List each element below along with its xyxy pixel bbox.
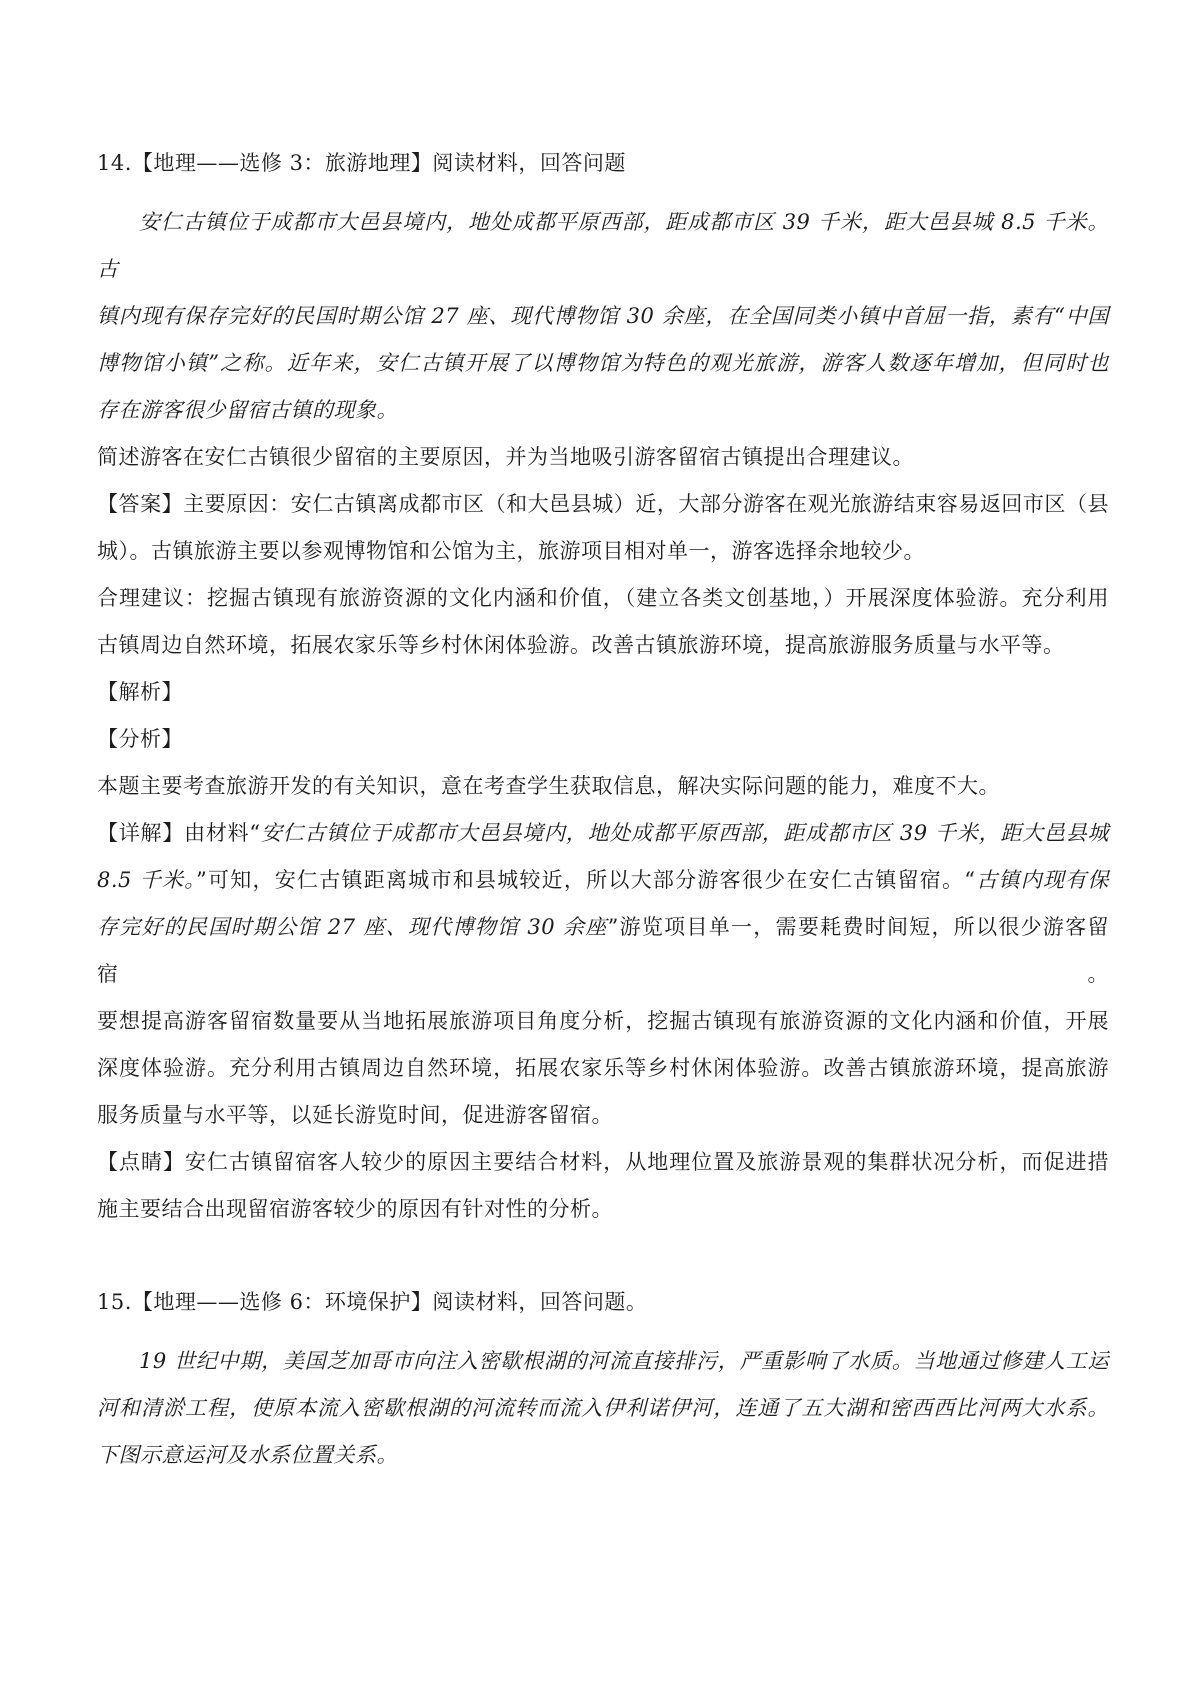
answer-line: 合理建议：挖掘古镇现有旅游资源的文化内涵和价值，（建立各类文创基地，）开展深度体… xyxy=(97,575,1109,622)
text-run: 镇内现有保存完好的民国时期公馆 27 座、现代博物馆 30 余座，在全国同类小镇… xyxy=(97,304,1109,328)
text-run: 城）。古镇旅游主要以参观博物馆和公馆为主，旅游项目相对单一，游客选择余地较少。 xyxy=(97,539,925,563)
text-run: 【解析】 xyxy=(97,680,183,704)
detail-line: 8.5 千米。”可知，安仁古镇距离城市和县城较近，所以大部分游客很少在安仁古镇留… xyxy=(97,857,1109,904)
material-line: 镇内现有保存完好的民国时期公馆 27 座、现代博物馆 30 余座，在全国同类小镇… xyxy=(97,293,1109,340)
text-run: 【分析】 xyxy=(97,727,183,751)
jiexi-label: 【解析】 xyxy=(97,669,1109,716)
material-line: 下图示意运河及水系位置关系。 xyxy=(97,1432,1109,1479)
dianjing-line: 施主要结合出现留宿游客较少的原因有针对性的分析。 xyxy=(97,1186,1109,1233)
text-run: 19 世纪中期，美国芝加哥市向注入密歇根湖的河流直接排污，严重影响了水质。当地通… xyxy=(139,1349,1109,1373)
text-run: 服务质量与水平等，以延长游览时间，促进游客留宿。 xyxy=(97,1103,613,1127)
text-run: 施主要结合出现留宿游客较少的原因有针对性的分析。 xyxy=(97,1197,613,1221)
material-line: 19 世纪中期，美国芝加哥市向注入密歇根湖的河流直接排污，严重影响了水质。当地通… xyxy=(97,1338,1109,1385)
text-run: 8.5 千米。 xyxy=(97,868,196,892)
text-run: 安仁古镇位于成都市大邑县境内，地处成都平原西部，距成都市区 39 千米，距大邑县… xyxy=(261,821,1109,845)
material-line: 博物馆小镇”之称。近年来，安仁古镇开展了以博物馆为特色的观光旅游，游客人数逐年增… xyxy=(97,340,1109,387)
text-run: 古镇内现有保 xyxy=(976,868,1109,892)
dianjing-line: 【点睛】安仁古镇留宿客人较少的原因主要结合材料，从地理位置及旅游景观的集群状况分… xyxy=(97,1139,1109,1186)
text-run: 【点睛】安仁古镇留宿客人较少的原因主要结合材料，从地理位置及旅游景观的集群状况分… xyxy=(97,1150,1109,1174)
text-run: 【详解】由材料“ xyxy=(97,821,261,845)
question-14-heading: 14.【地理——选修 3：旅游地理】阅读材料，回答问题 xyxy=(97,140,1109,187)
detail-line: 存完好的民国时期公馆 27 座、现代博物馆 30 余座”游览项目单一，需要耗费时… xyxy=(97,904,1109,998)
text-run: 安仁古镇位于成都市大邑县境内，地处成都平原西部，距成都市区 39 千米，距大邑县… xyxy=(97,210,1109,281)
question-line: 简述游客在安仁古镇很少留宿的主要原因，并为当地吸引游客留宿古镇提出合理建议。 xyxy=(97,434,1109,481)
text-run: 本题主要考查旅游开发的有关知识，意在考查学生获取信息，解决实际问题的能力，难度不… xyxy=(97,774,1000,798)
text-run: 存完好的民国时期公馆 27 座、现代博物馆 30 余座 xyxy=(97,915,608,939)
text-run: 河和清淤工程，使原本流入密歇根湖的河流转而流入伊利诺伊河，连通了五大湖和密西西比… xyxy=(97,1396,1109,1420)
material-line: 存在游客很少留宿古镇的现象。 xyxy=(97,387,1109,434)
text-run: 14.【地理——选修 3：旅游地理】阅读材料，回答问题 xyxy=(97,151,626,175)
text-run: 合理建议：挖掘古镇现有旅游资源的文化内涵和价值，（建立各类文创基地，）开展深度体… xyxy=(97,586,1109,610)
document-content: 14.【地理——选修 3：旅游地理】阅读材料，回答问题安仁古镇位于成都市大邑县境… xyxy=(97,140,1109,1479)
analysis-line: 本题主要考查旅游开发的有关知识，意在考查学生获取信息，解决实际问题的能力，难度不… xyxy=(97,763,1109,810)
detail-line: 服务质量与水平等，以延长游览时间，促进游客留宿。 xyxy=(97,1092,1109,1139)
text-run: 博物馆小镇”之称。近年来，安仁古镇开展了以博物馆为特色的观光旅游，游客人数逐年增… xyxy=(97,351,1109,375)
question-15-heading: 15.【地理——选修 6：环境保护】阅读材料，回答问题。 xyxy=(97,1279,1109,1326)
detail-line: 要想提高游客留宿数量要从当地拓展旅游项目角度分析，挖掘古镇现有旅游资源的文化内涵… xyxy=(97,998,1109,1045)
answer-line: 古镇周边自然环境，拓展农家乐等乡村休闲体验游。改善古镇旅游环境，提高旅游服务质量… xyxy=(97,622,1109,669)
text-run: 15.【地理——选修 6：环境保护】阅读材料，回答问题。 xyxy=(97,1290,647,1314)
text-run: 【答案】主要原因：安仁古镇离成都市区（和大邑县城）近，大部分游客在观光旅游结束容… xyxy=(97,492,1109,516)
material-line: 河和清淤工程，使原本流入密歇根湖的河流转而流入伊利诺伊河，连通了五大湖和密西西比… xyxy=(97,1385,1109,1432)
text-run: 要想提高游客留宿数量要从当地拓展旅游项目角度分析，挖掘古镇现有旅游资源的文化内涵… xyxy=(97,1009,1109,1033)
detail-line: 【详解】由材料“安仁古镇位于成都市大邑县境内，地处成都平原西部，距成都市区 39… xyxy=(97,810,1109,857)
text-run: 深度体验游。充分利用古镇周边自然环境，拓展农家乐等乡村休闲体验游。改善古镇旅游环… xyxy=(97,1056,1109,1080)
text-run: 下图示意运河及水系位置关系。 xyxy=(97,1443,398,1467)
text-run: 存在游客很少留宿古镇的现象。 xyxy=(97,398,398,422)
fenxi-label: 【分析】 xyxy=(97,716,1109,763)
text-run: 古镇周边自然环境，拓展农家乐等乡村休闲体验游。改善古镇旅游环境，提高旅游服务质量… xyxy=(97,633,1065,657)
text-run: 简述游客在安仁古镇很少留宿的主要原因，并为当地吸引游客留宿古镇提出合理建议。 xyxy=(97,445,914,469)
document-page: 14.【地理——选修 3：旅游地理】阅读材料，回答问题安仁古镇位于成都市大邑县境… xyxy=(0,0,1200,1698)
answer-line: 【答案】主要原因：安仁古镇离成都市区（和大邑县城）近，大部分游客在观光旅游结束容… xyxy=(97,481,1109,528)
text-run: ”可知，安仁古镇距离城市和县城较近，所以大部分游客很少在安仁古镇留宿。“ xyxy=(196,868,976,892)
detail-line: 深度体验游。充分利用古镇周边自然环境，拓展农家乐等乡村休闲体验游。改善古镇旅游环… xyxy=(97,1045,1109,1092)
answer-line: 城）。古镇旅游主要以参观博物馆和公馆为主，旅游项目相对单一，游客选择余地较少。 xyxy=(97,528,1109,575)
material-line: 安仁古镇位于成都市大邑县境内，地处成都平原西部，距成都市区 39 千米，距大邑县… xyxy=(97,199,1109,293)
